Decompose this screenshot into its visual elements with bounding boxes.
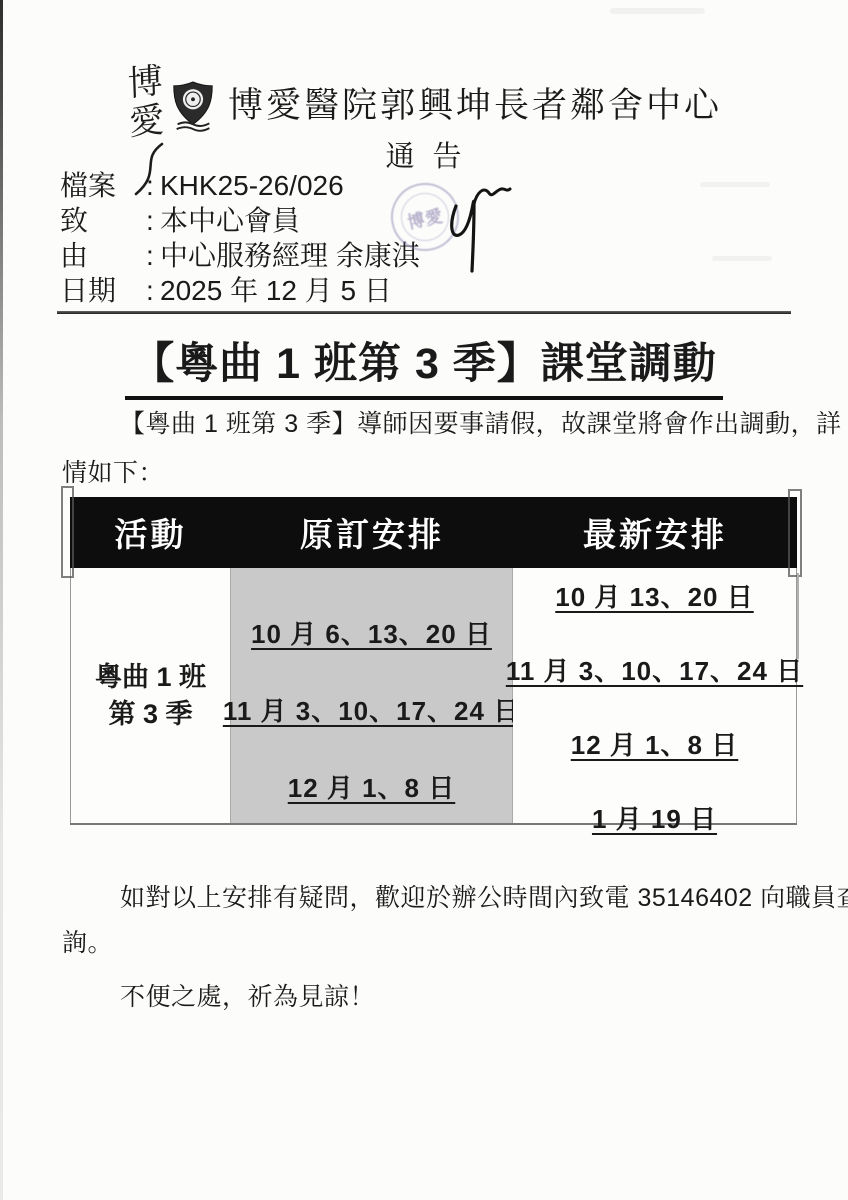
updated-date-line: 12 月 1、8 日: [571, 725, 739, 762]
original-date-line: 10 月 6、13、20 日: [251, 614, 492, 651]
scan-bracket-artifact: [788, 489, 802, 577]
original-date-line: 12 月 1、8 日: [288, 768, 456, 805]
table-body-row: 粵曲 1 班 第 3 季 10 月 6、13、20 日 11 月 3、10、17…: [70, 568, 797, 825]
meta-row-to: 致 : 本中心會員: [60, 203, 420, 238]
divider-rule: [57, 311, 791, 314]
meta-colon: :: [146, 203, 160, 238]
hospital-crest-icon: [168, 80, 218, 137]
schedule-table: 活動 原訂安排 最新安排 粵曲 1 班 第 3 季 10 月 6、13、20 日…: [70, 497, 797, 825]
logo-calligraphy-char: 博: [123, 62, 168, 106]
updated-date-line: 10 月 13、20 日: [555, 577, 753, 614]
scan-smudge: [610, 8, 705, 14]
meta-row-file: 檔案 : KHK25-26/026: [60, 168, 420, 203]
sender: 中心服務經理 余康淇: [160, 238, 420, 273]
updated-date-line: 11 月 3、10、17、24 日: [506, 651, 803, 688]
apology-line: 不便之處，祈為見諒！: [62, 977, 662, 1013]
closing-paragraph-line1: 如對以上安排有疑問，歡迎於辦公時間內致電 35146402 向職員查: [62, 878, 802, 914]
recipient: 本中心會員: [160, 203, 300, 238]
meta-colon: :: [146, 168, 160, 203]
table-header-row: 活動 原訂安排 最新安排: [70, 497, 797, 568]
file-ref-number: KHK25-26/026: [160, 168, 344, 203]
scan-edge-artifact: [0, 0, 3, 1200]
signature-icon: [444, 176, 516, 281]
activity-cell: 粵曲 1 班 第 3 季: [70, 568, 231, 823]
meta-row-from: 由 : 中心服務經理 余康淇: [60, 238, 420, 273]
original-date-line: 11 月 3、10、17、24 日: [223, 691, 520, 728]
meta-label: 致: [60, 203, 146, 238]
closing-paragraph-line2: 詢。: [62, 923, 113, 959]
intro-paragraph-line2: 情如下：: [62, 453, 164, 489]
scan-smudge: [712, 256, 772, 261]
activity-line: 粵曲 1 班: [95, 659, 206, 696]
scan-bracket-artifact: [61, 486, 74, 578]
scan-hairline-artifact: [797, 573, 799, 659]
meta-colon: :: [146, 238, 160, 273]
activity-line: 第 3 季: [108, 696, 192, 733]
updated-date-line: 1 月 19 日: [592, 799, 717, 836]
notice-document: 博 愛 博愛醫院郭興坤長者鄰舍中心 通告 檔案 : KHK25-26/026 致…: [0, 0, 848, 1200]
meta-label: 由: [60, 238, 146, 273]
updated-schedule-cell: 10 月 13、20 日 11 月 3、10、17、24 日 12 月 1、8 …: [513, 568, 797, 823]
intro-paragraph-line1: 【粵曲 1 班第 3 季】導師因要事請假，故課堂將會作出調動，詳: [62, 404, 802, 440]
scan-smudge: [700, 182, 770, 187]
notice-date: 2025 年 12 月 5 日: [160, 273, 392, 308]
page-title: 【粵曲 1 班第 3 季】課堂調動: [125, 330, 723, 400]
column-header-original: 原訂安排: [231, 497, 513, 568]
meta-label: 日期: [60, 273, 146, 308]
meta-colon: :: [146, 273, 160, 308]
meta-row-date: 日期 : 2025 年 12 月 5 日: [60, 273, 420, 308]
org-name: 博愛醫院郭興坤長者鄰舍中心: [228, 78, 722, 128]
column-header-activity: 活動: [70, 497, 231, 568]
column-header-updated: 最新安排: [513, 497, 797, 568]
logo-calligraphy: 博 愛: [123, 62, 169, 145]
meta-block: 檔案 : KHK25-26/026 致 : 本中心會員 由 : 中心服務經理 余…: [60, 168, 420, 308]
original-schedule-cell: 10 月 6、13、20 日 11 月 3、10、17、24 日 12 月 1、…: [231, 568, 513, 823]
title-row: 【粵曲 1 班第 3 季】課堂調動: [0, 330, 848, 400]
meta-label: 檔案: [60, 168, 146, 203]
